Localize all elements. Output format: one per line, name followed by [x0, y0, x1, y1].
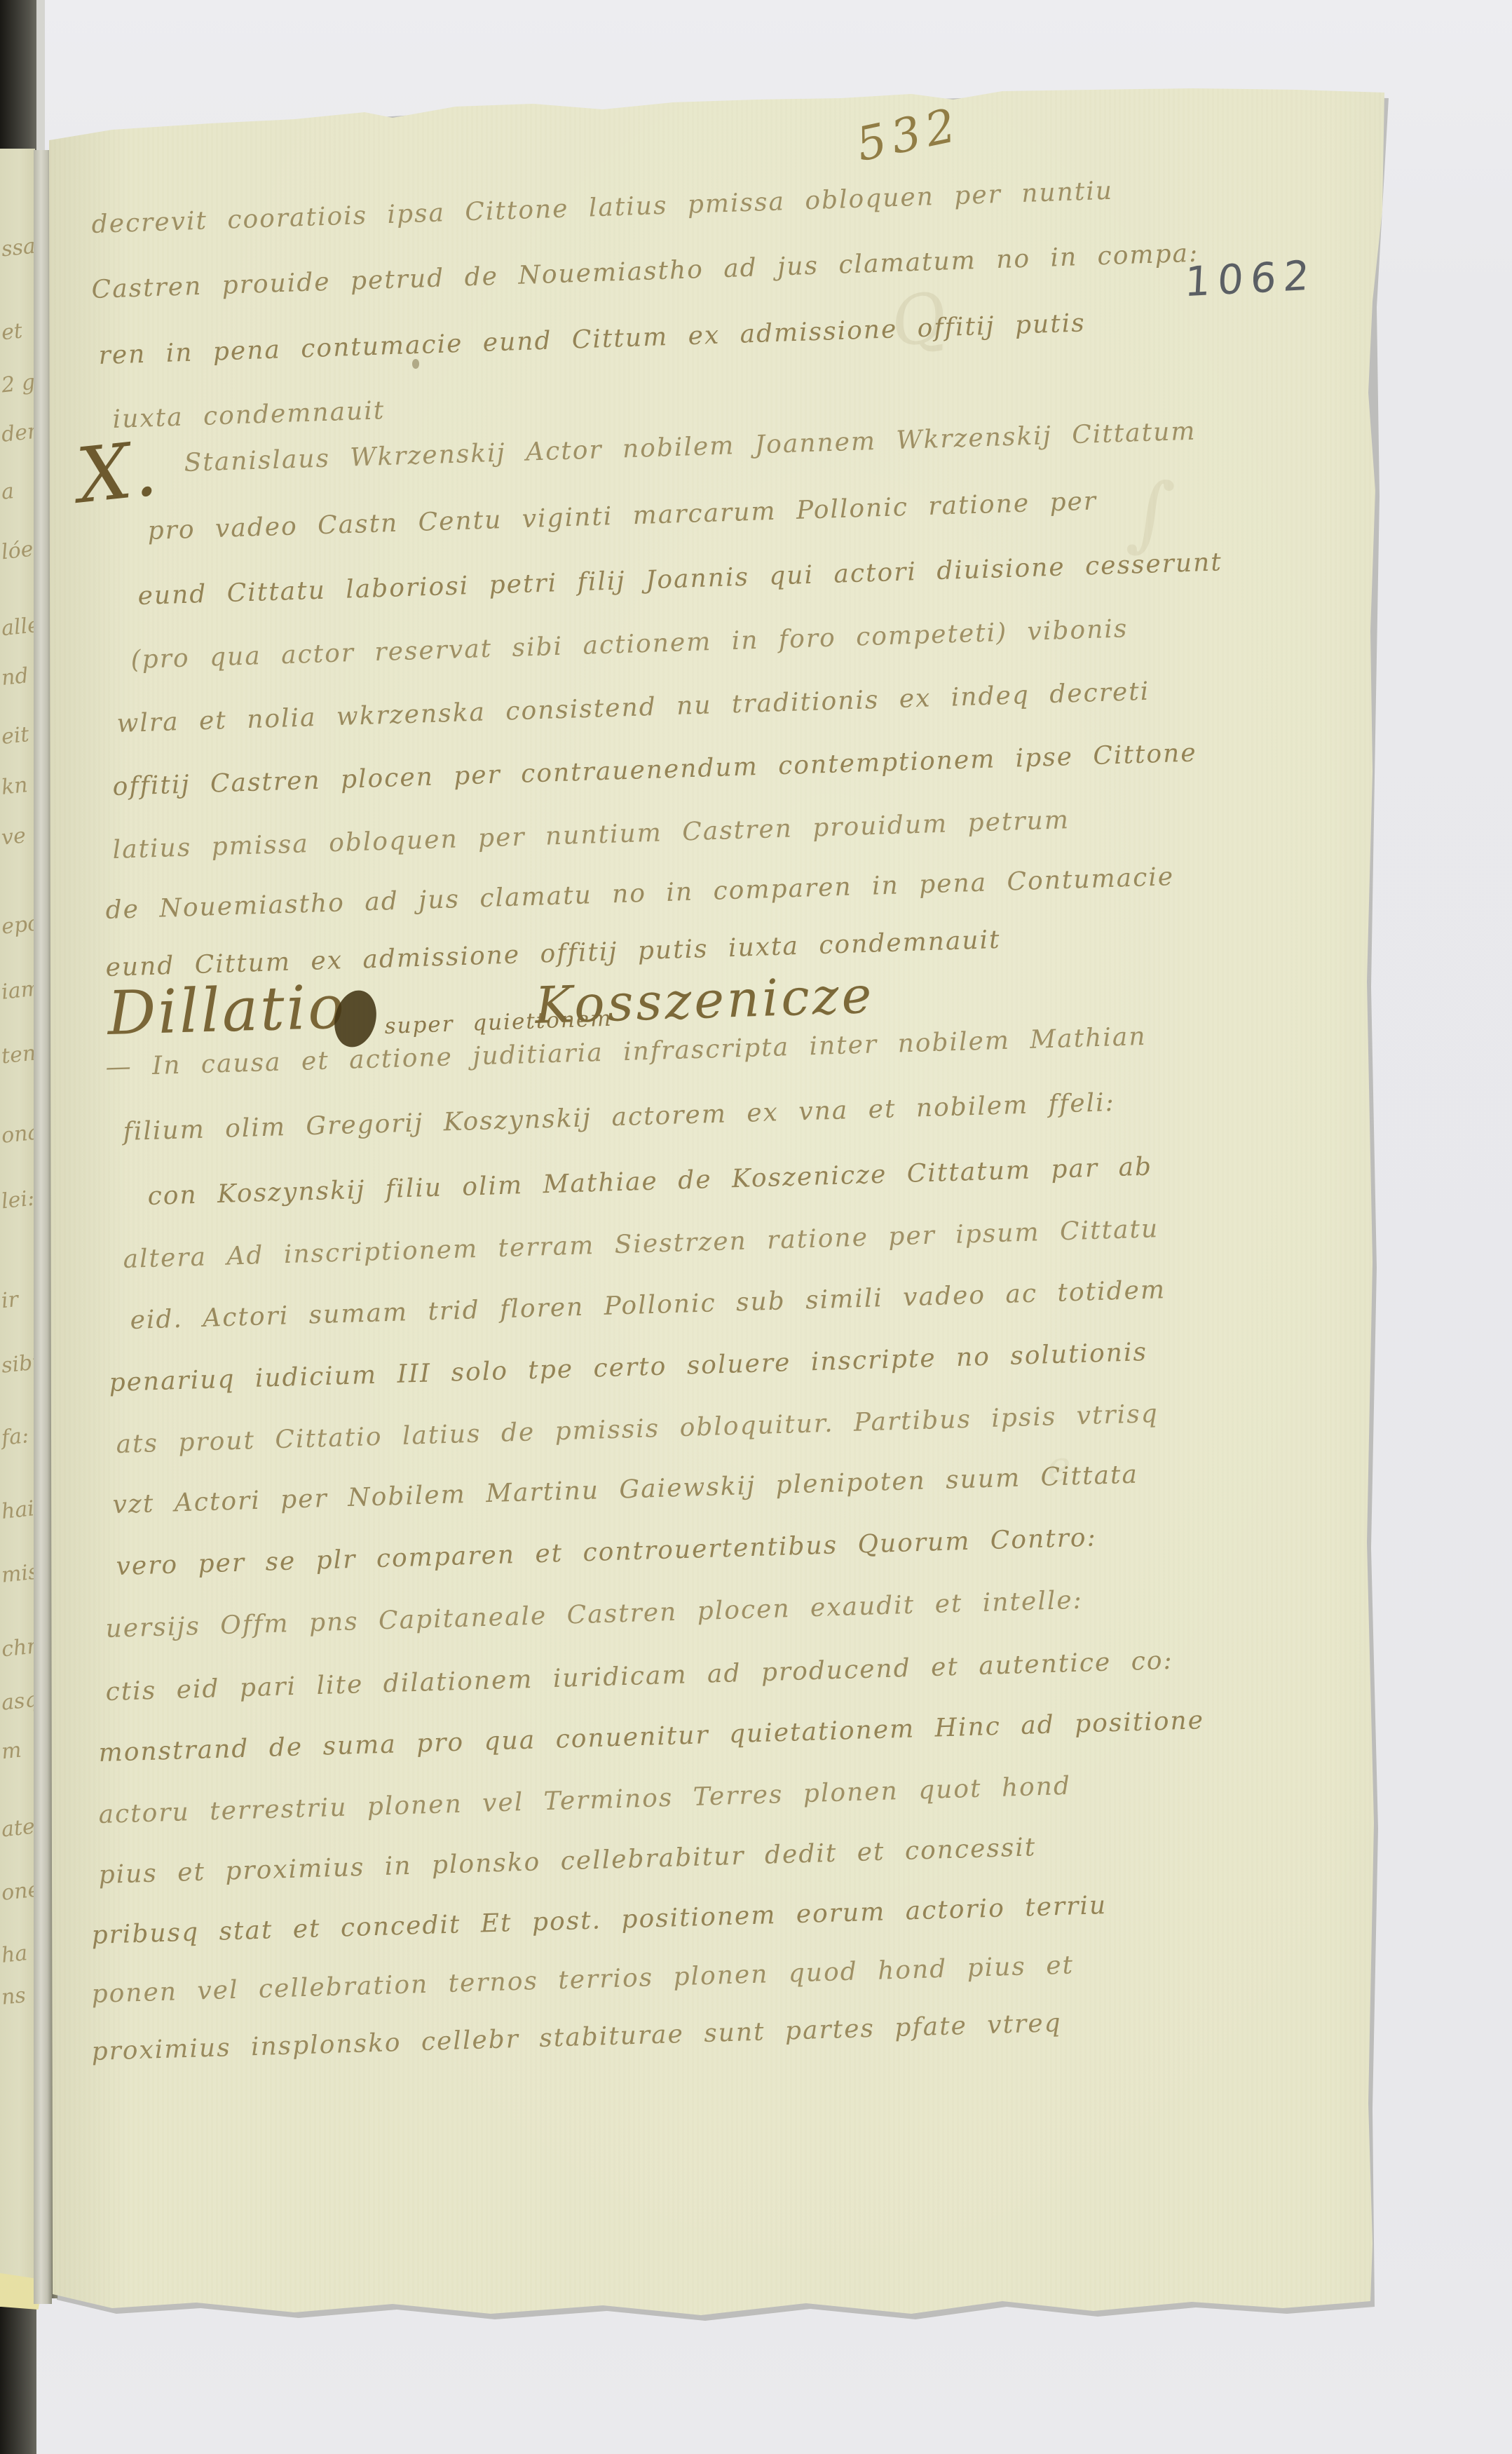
facing-page-text-fragment: ir [0, 1287, 19, 1313]
facing-page-text-fragment: ve [0, 823, 27, 850]
facing-page-text-fragment: kn [0, 773, 29, 800]
heading-dillatio: Dillatio [107, 972, 347, 1048]
facing-page-text-fragment: ns [0, 1983, 27, 2009]
page-fore-edge-gloss [34, 150, 52, 2304]
facing-page-text-fragment: fa: [0, 1423, 30, 1451]
facing-page-text-fragment: lei: [0, 1186, 35, 1214]
facing-page-text-fragment: ssa [0, 234, 36, 262]
paragraph-initial: X. [73, 425, 163, 520]
facing-page-text-fragment: m [0, 1738, 22, 1765]
paper-speck [412, 359, 419, 369]
manuscript-scan: ssaet2 guddenalóealle:ndeitknveepodeiamt… [0, 0, 1512, 2454]
heading-kosszenicze: Kosszenicze [534, 965, 875, 1035]
archival-number-pencil: 1062 [1183, 251, 1317, 306]
facing-page-text-fragment: a [0, 479, 15, 505]
facing-page-text-fragment: ha [0, 1941, 29, 1968]
facing-page-text-fragment: ate [0, 1815, 36, 1843]
facing-page-text-fragment: nd [0, 663, 29, 691]
binding-edge-highlight [36, 0, 45, 158]
facing-page-text-fragment: et [0, 319, 23, 346]
facing-page-edge: ssaet2 guddenalóealle:ndeitknveepodeiamt… [0, 149, 35, 2307]
facing-page-text-fragment: eit [0, 722, 30, 750]
facing-page-text-fragment: lóe [0, 537, 34, 565]
